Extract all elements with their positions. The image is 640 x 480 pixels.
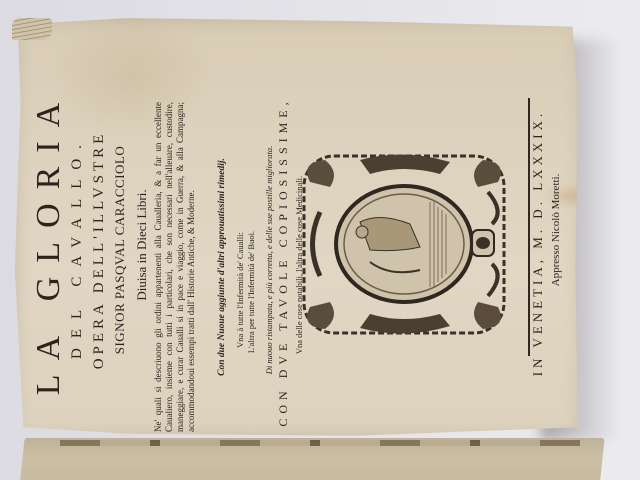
imprint-place-date: IN VENETIA, M. D. LXXXIX. bbox=[530, 108, 546, 378]
tables-heading: CON DVE TAVOLE COPIOSISSIME, bbox=[276, 92, 291, 432]
book-title: LA GLORIA bbox=[30, 82, 68, 402]
opera-line: OPERA DELL'ILLVSTRE bbox=[91, 70, 108, 430]
torn-corner bbox=[12, 18, 52, 40]
page-stack-edge bbox=[60, 440, 580, 446]
printers-device-woodcut bbox=[300, 152, 508, 337]
addition-oxen: L'altra per tutte l'Infermità de' Buoi. bbox=[246, 197, 256, 387]
addition-horses: Vna à tutte l'Infermità de' Caualli: bbox=[235, 195, 245, 385]
author-line: SIGNOR PASQVAL CARACCIOLO bbox=[112, 80, 128, 420]
description-paragraph: Ne' quali si descriuono gli ordini appar… bbox=[153, 102, 197, 432]
printer-line: Appresso Nicolò Moretti. bbox=[550, 140, 562, 320]
woodcut-cartouche-icon bbox=[300, 152, 508, 337]
reprint-note: Di nuouo ristampata, e più corretta, e d… bbox=[264, 100, 274, 420]
additions-heading: Con due Nuoue aggiunte d'altri approuati… bbox=[217, 102, 227, 432]
division-line: Diuisa in Dieci Libri. bbox=[134, 150, 150, 340]
book-subtitle: DEL CAVALLO. bbox=[69, 82, 86, 412]
